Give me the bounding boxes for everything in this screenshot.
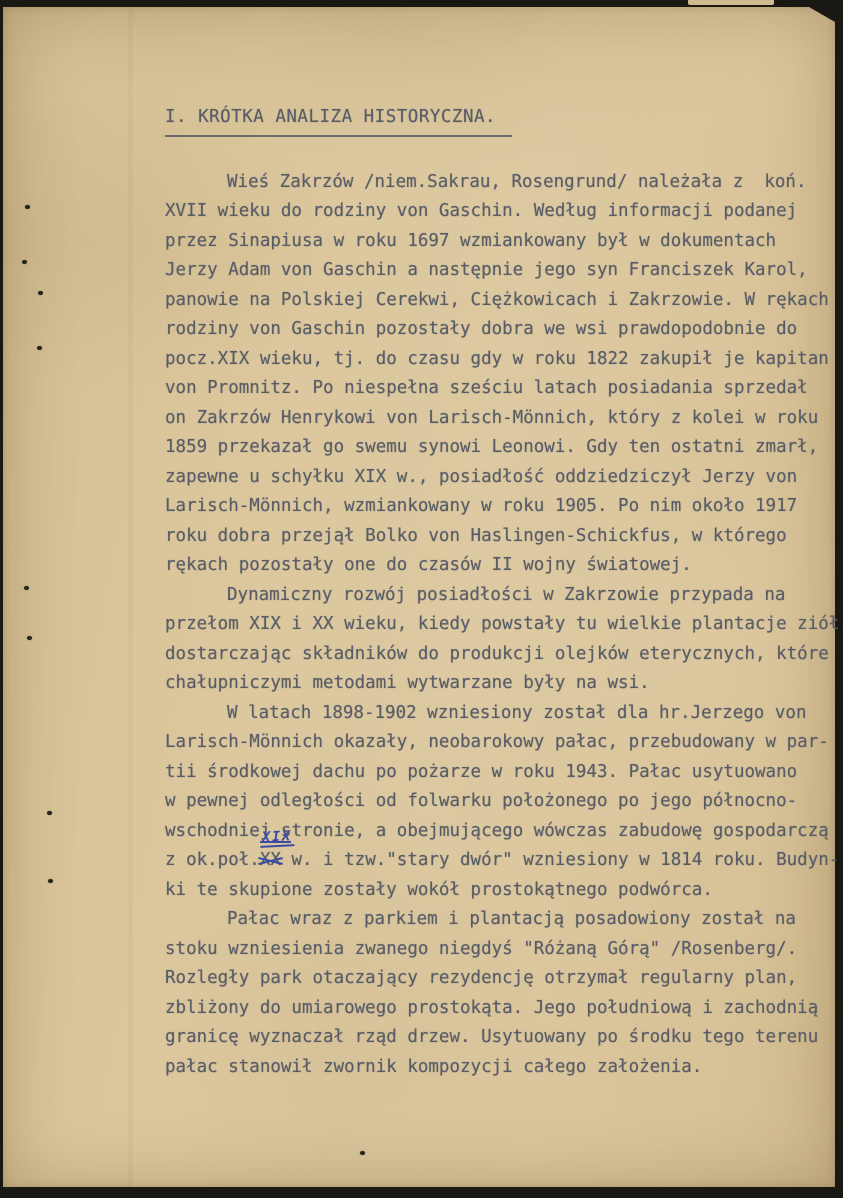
text-line: on Zakrzów Henrykowi von Larisch-Mönnich…: [165, 404, 840, 434]
text-line: Rozległy park otaczający rezydencję otrz…: [165, 964, 840, 994]
typewritten-content: I. KRÓTKA ANALIZA HISTORYCZNA. Wieś Zakr…: [165, 103, 840, 1082]
paragraph: Dynamiczny rozwój posiadłości w Zakrzowi…: [165, 581, 840, 699]
text-line: granicę wyznaczał rząd drzew. Usytuowany…: [165, 1023, 840, 1053]
text-line: stoku wzniesienia zwanego niegdyś "Różan…: [165, 935, 840, 965]
text-line: ki te skupione zostały wokół prostokątne…: [165, 876, 840, 906]
text-line: zbliżony do umiarowego prostokąta. Jego …: [165, 994, 840, 1024]
text-line: Dynamiczny rozwój posiadłości w Zakrzowi…: [165, 581, 840, 611]
text-line: tii środkowej dachu po pożarze w roku 19…: [165, 758, 840, 788]
text-line: roku dobra przejął Bolko von Haslingen-S…: [165, 522, 840, 552]
paragraphs: Wieś Zakrzów /niem.Sakrau, Rosengrund/ n…: [165, 168, 840, 1083]
handwritten-correction: XIX: [259, 829, 294, 848]
text-line: von Promnitz. Po niespełna sześciu latac…: [165, 374, 840, 404]
text-line: Wieś Zakrzów /niem.Sakrau, Rosengrund/ n…: [165, 168, 840, 198]
page-edge-sliver: [688, 0, 774, 5]
paragraph: W latach 1898-1902 wzniesiony został dla…: [165, 699, 840, 906]
text-line: przełom XIX i XX wieku, kiedy powstały t…: [165, 610, 840, 640]
document-page: I. KRÓTKA ANALIZA HISTORYCZNA. Wieś Zakr…: [3, 7, 835, 1187]
text-line: z ok.poł.XXXIX w. i tzw."stary dwór" wzn…: [165, 846, 840, 876]
text-line: w pewnej odległości od folwarku położone…: [165, 787, 840, 817]
text-line: pocz.XIX wieku, tj. do czasu gdy w roku …: [165, 345, 840, 375]
ink-speck: [37, 346, 42, 350]
section-heading: I. KRÓTKA ANALIZA HISTORYCZNA.: [165, 103, 512, 137]
text-line: panowie na Polskiej Cerekwi, Ciężkowicac…: [165, 286, 840, 316]
text-line: dostarczając składników do produkcji ole…: [165, 640, 840, 670]
ink-speck: [47, 811, 52, 815]
scan-background: { "document": { "heading": "I. KRÓTKA AN…: [0, 0, 843, 1198]
text-line: Pałac wraz z parkiem i plantacją posadow…: [165, 905, 840, 935]
paragraph: Pałac wraz z parkiem i plantacją posadow…: [165, 905, 840, 1082]
text-line: zapewne u schyłku XIX w., posiadłość odd…: [165, 463, 840, 493]
text-line: XVII wieku do rodziny von Gaschin. Wedłu…: [165, 197, 840, 227]
ink-speck: [360, 1151, 365, 1155]
text-line: Larisch-Mönnich okazały, neobarokowy pał…: [165, 728, 840, 758]
ink-speck: [25, 205, 30, 209]
ink-speck: [38, 291, 43, 295]
text-line: przez Sinapiusa w roku 1697 wzmiankowany…: [165, 227, 840, 257]
paragraph: Wieś Zakrzów /niem.Sakrau, Rosengrund/ n…: [165, 168, 840, 581]
text-line: chałupniczymi metodami wytwarzane były n…: [165, 669, 840, 699]
crossed-out-text: XXXIX: [260, 846, 281, 876]
text-line: Larisch-Mönnich, wzmiankowany w roku 190…: [165, 492, 840, 522]
ink-speck: [48, 879, 53, 883]
text-line: rodziny von Gaschin pozostały dobra we w…: [165, 315, 840, 345]
ink-speck: [27, 636, 32, 640]
ink-speck: [24, 586, 29, 590]
text-line: Jerzy Adam von Gaschin a następnie jego …: [165, 256, 840, 286]
text-line: 1859 przekazał go swemu synowi Leonowi. …: [165, 433, 840, 463]
ink-speck: [22, 260, 27, 264]
text-line: W latach 1898-1902 wzniesiony został dla…: [165, 699, 840, 729]
page-corner-notch: [809, 7, 835, 22]
text-line: rękach pozostały one do czasów II wojny …: [165, 551, 840, 581]
text-line: pałac stanowił zwornik kompozycji całego…: [165, 1053, 840, 1083]
